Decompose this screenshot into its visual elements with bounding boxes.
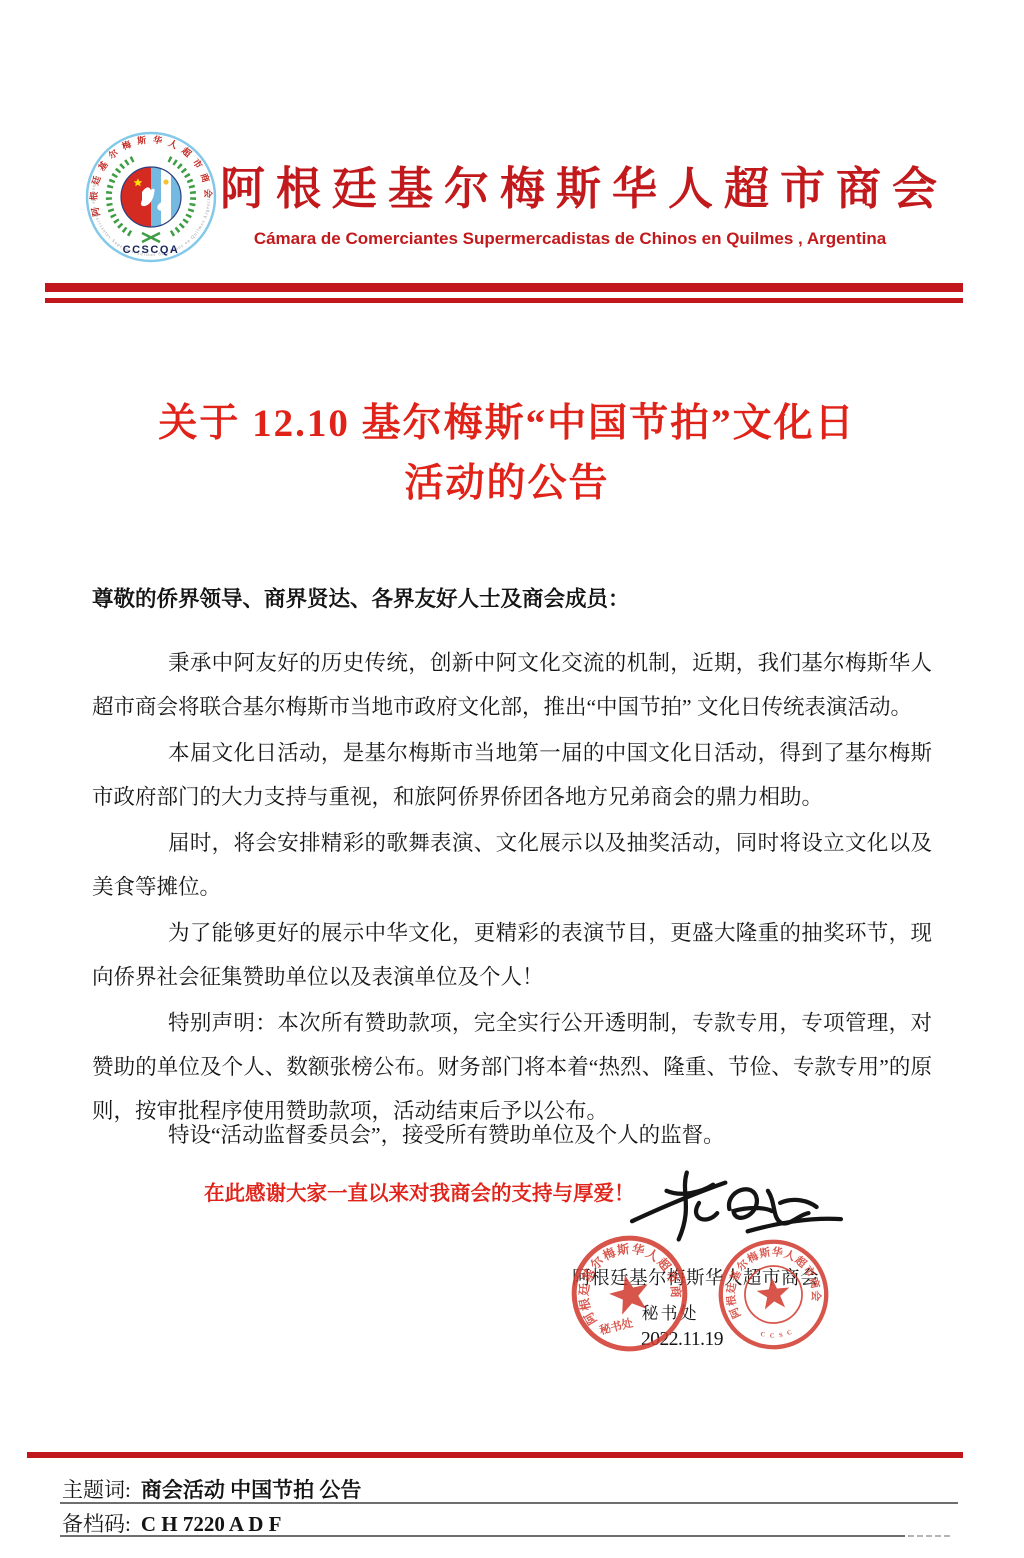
subject-underline: [60, 1502, 958, 1504]
body-paragraph-2: 本届文化日活动，是基尔梅斯市当地第一届的中国文化日活动，得到了基尔梅斯市政府部门…: [92, 731, 932, 819]
seal-star-icon: [755, 1276, 791, 1311]
notice-title-line2: 活动的公告: [62, 452, 952, 508]
subject-row: 主题词:商会活动 中国节拍 公告: [62, 1474, 942, 1504]
body-paragraph-6: 特设“活动监督委员会”，接受所有赞助单位及个人的监督。: [92, 1113, 932, 1157]
archive-value: C H 7220 A D F: [141, 1512, 282, 1536]
chamber-logo: 阿根廷基尔梅斯华人超市商会 Cámara de Comerciantes Sup…: [84, 130, 218, 264]
announcement-page: 阿根廷基尔梅斯华人超市商会 Cámara de Comerciantes Sup…: [0, 0, 1024, 1558]
org-name-spanish: Cámara de Comerciantes Supermercadistas …: [205, 229, 935, 249]
footer-divider: [27, 1452, 963, 1458]
org-name-chinese: 阿根廷基尔梅斯华人超市商会: [220, 152, 920, 217]
archive-label: 备档码:: [62, 1512, 131, 1536]
header-divider-thick: [45, 283, 963, 292]
handwritten-signature: [628, 1166, 846, 1248]
logo-acronym: CCSCQA: [123, 244, 180, 256]
subject-label: 主题词:: [62, 1478, 131, 1502]
subject-value: 商会活动 中国节拍 公告: [141, 1478, 362, 1502]
archive-row: 备档码:C H 7220 A D F: [62, 1508, 942, 1538]
seal-star-icon: [606, 1270, 654, 1316]
header-divider-thin: [45, 298, 963, 303]
body-paragraph-3: 届时，将会安排精彩的歌舞表演、文化展示以及抽奖活动，同时将设立文化以及美食等摊位…: [92, 821, 932, 909]
archive-underline-faded: [908, 1535, 950, 1537]
seal-inner-text: 秘书处: [598, 1315, 635, 1337]
body-paragraph-4: 为了能够更好的展示中华文化，更精彩的表演节目，更盛大隆重的抽奖环节，现向侨界社会…: [92, 911, 932, 999]
salutation: 尊敬的侨界领导、商界贤达、各界友好人士及商会成员：: [92, 577, 932, 621]
notice-title-line1: 关于 12.10 基尔梅斯“中国节拍”文化日: [62, 392, 952, 448]
archive-underline: [60, 1535, 905, 1537]
body-paragraph-1: 秉承中阿友好的历史传统，创新中阿文化交流的机制，近期，我们基尔梅斯华人超市商会将…: [92, 641, 932, 729]
